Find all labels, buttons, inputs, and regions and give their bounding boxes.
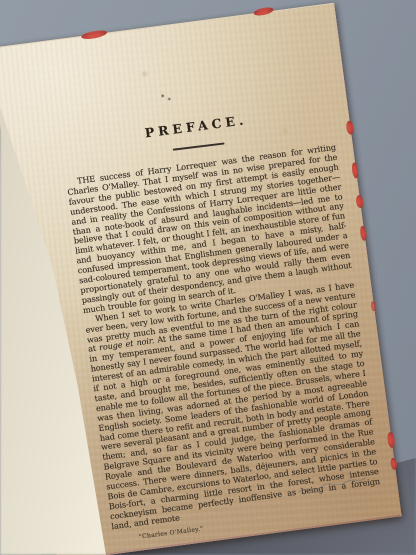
red-edge-mark (355, 195, 364, 209)
red-edge-mark (359, 226, 367, 242)
book-photo: PREFACE. THE success of Harry Lorrequer … (0, 0, 416, 555)
red-edge-mark (346, 120, 355, 135)
page-heading: PREFACE. (60, 101, 332, 151)
red-edge-mark (370, 301, 376, 312)
red-edge-mark (351, 162, 359, 179)
red-edge-mark (81, 29, 108, 41)
preface-paragraph-2: When I set to work to write Charles O'Ma… (84, 280, 382, 532)
preface-text: THE success of Harry Lorrequer was the r… (66, 143, 382, 532)
red-edge-mark (253, 6, 274, 17)
heading-rule (173, 142, 225, 150)
red-edge-mark (387, 432, 396, 449)
